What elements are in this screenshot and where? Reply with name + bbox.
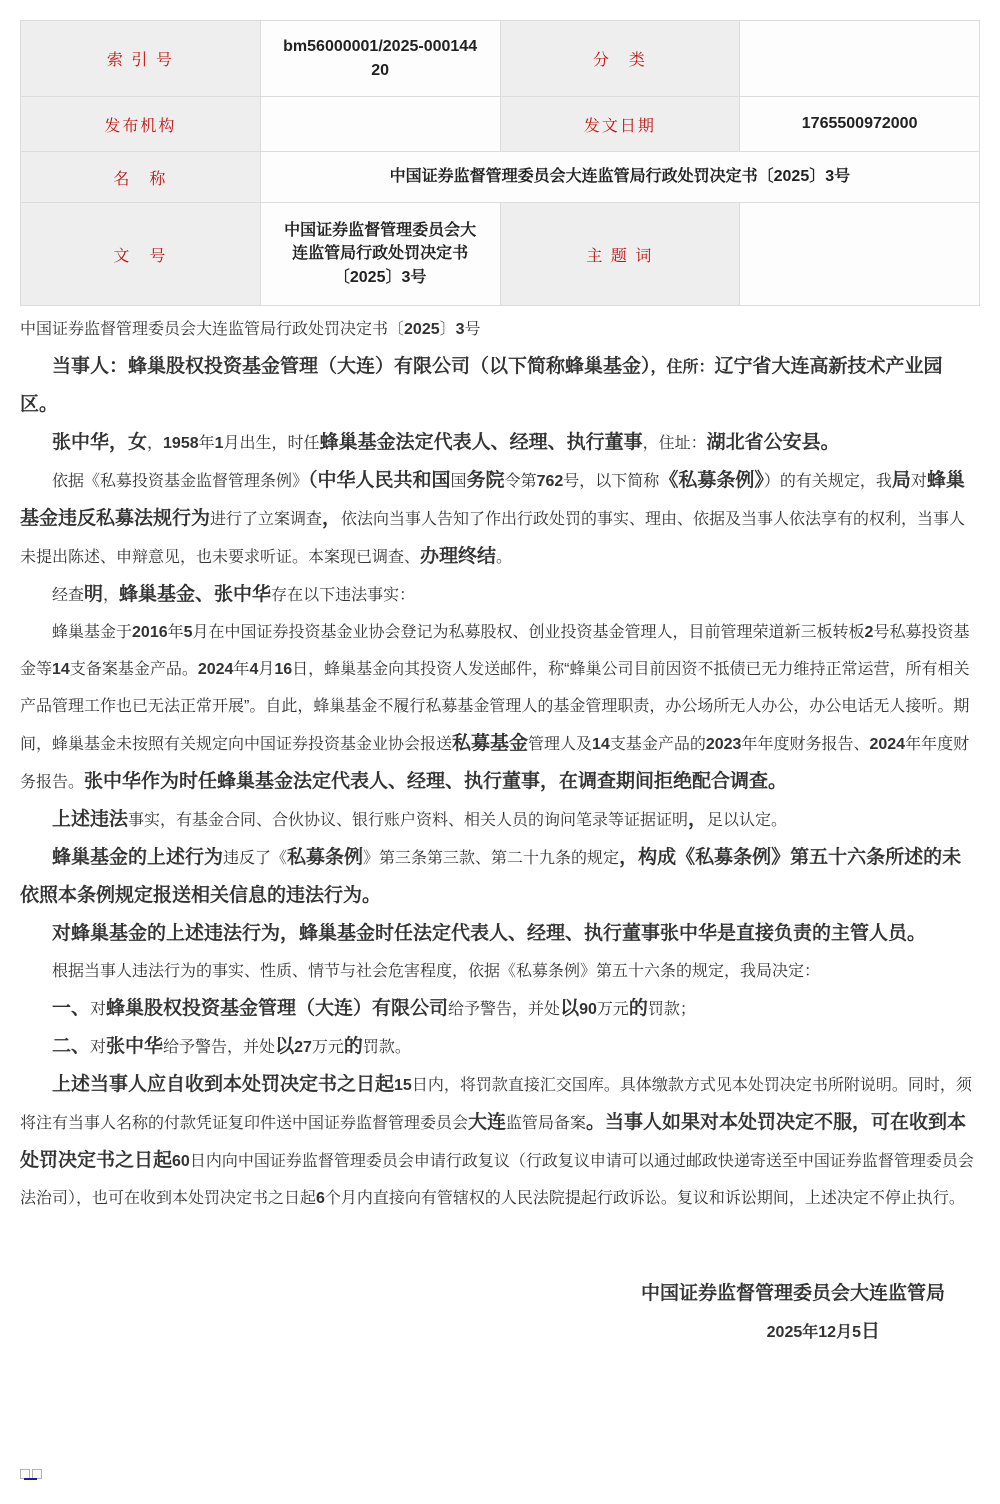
text-run: 湖北省公安县。 [707,432,840,453]
text-run: 蜂巢股权投资基金管理（大连）有限公司 [106,998,448,1019]
meta-row-name: 名 称 中国证券监督管理委员会大连监管局行政处罚决定书〔2025〕3号 [21,152,980,203]
meta-label-category: 分 类 [500,21,740,97]
text-run: 存在以下违法事实： [271,587,415,604]
text-run: 年 [802,1324,818,1341]
text-run: 14 [52,661,70,678]
meta-value-subject-words [740,203,980,306]
decision-item-1: 一、对蜂巢股权投资基金管理（大连）有限公司给予警告，并处以90万元的罚款； [20,990,980,1028]
text-run: 日 [861,1321,880,1342]
text-run: 2016 [132,624,168,641]
text-run: 6 [316,1190,325,1207]
text-run: ，住所： [651,359,715,376]
text-run: 号 [465,321,481,338]
text-run: 罚款； [648,1001,696,1018]
responsibility-paragraph: 对蜂巢基金的上述违法行为，蜂巢基金时任法定代表人、经理、执行董事张中华是直接负责… [20,915,980,953]
text-run: 大连 [468,1112,506,1133]
text-run: 2024 [198,661,234,678]
text-run: 年 [168,624,184,641]
text-run: 私募基金 [452,733,528,754]
text-run: 12 [818,1324,836,1341]
text-run: 足以认定。 [707,812,787,829]
text-run: 对 [911,473,927,490]
text-run: 二、 [52,1036,90,1057]
text-run: 1 [215,435,224,452]
text-run: 5 [852,1324,861,1341]
evidence-paragraph: 上述违法事实，有基金合同、合伙协议、银行账户资料、相关人员的询问笔录等证据证明，… [20,801,980,839]
text-run: 国 [451,473,467,490]
text-run: ， [688,809,707,830]
text-run: 万元 [597,1001,629,1018]
text-run: 对 [90,1001,106,1018]
text-run: ）的有关规定，我 [764,473,892,490]
text-run: 进行了立案调查 [210,511,322,528]
text-run: 对蜂巢基金的上述违法行为，蜂巢基金时任法定代表人、经理、执行董事张中华是直接负责… [52,923,926,944]
text-run: 的 [344,1036,363,1057]
text-run: 张中华，女 [52,432,147,453]
meta-row-index: 索 引 号 bm56000001/2025-00014420 分 类 [21,21,980,97]
text-run: 5 [184,624,193,641]
text-run: 务院 [467,470,505,491]
meta-value-name: 中国证券监督管理委员会大连监管局行政处罚决定书〔2025〕3号 [260,152,979,203]
text-run: ， [103,587,119,604]
meta-label-index-number: 索 引 号 [21,21,261,97]
text-run: 月在中国证券投资基金业协会登记为私募股权、创业投资基金管理人，目前管理荣道新三板… [193,624,865,641]
facts-paragraph: 蜂巢基金于2016年5月在中国证券投资基金业协会登记为私募股权、创业投资基金管理… [20,614,980,801]
text-run: 支备案基金产品。 [70,661,198,678]
text-run: 以 [275,1036,294,1057]
text-run: 万元 [312,1039,344,1056]
meta-value-category [740,21,980,97]
meta-value-publishing-agency [260,97,500,152]
text-run: 月 [258,661,274,678]
text-run: 上述违法 [52,809,128,830]
text-run: 个月内直接向有管辖权的人民法院提起行政诉讼。复议和诉讼期间，上述决定不停止执行。 [325,1190,965,1207]
text-run: 2025 [767,1324,803,1341]
text-run: 上述当事人应自收到本处罚决定书之日起 [52,1074,394,1095]
text-run: 事实，有基金合同、合伙协议、银行账户资料、相关人员的询问笔录等证据证明 [128,812,688,829]
findings-intro-paragraph: 经查明，蜂巢基金、张中华存在以下违法事实： [20,576,980,614]
text-run: 对 [90,1039,106,1056]
text-run: ，以下简称 [579,473,659,490]
text-run: 当事人：蜂巢股权投资基金管理（大连）有限公司（以下简称蜂巢基金） [52,356,651,377]
text-run: 15 [394,1077,412,1094]
text-run: 监管局备案 [506,1115,586,1132]
meta-row-agency-date: 发布机构 发文日期 1765500972000 [21,97,980,152]
text-run: 支基金产品的 [610,736,706,753]
link-underscore [24,1478,37,1480]
meta-table: 索 引 号 bm56000001/2025-00014420 分 类 发布机构 … [20,20,980,306]
text-run: 年年度财务报告、 [741,736,869,753]
text-run: 给予警告，并处 [448,1001,560,1018]
text-run: 依据《私募投资基金监督管理条例》 [52,473,308,490]
text-run: 16 [274,661,292,678]
text-run: 违反了《 [223,850,287,867]
payment-appeal-paragraph: 上述当事人应自收到本处罚决定书之日起15日内，将罚款直接汇交国库。具体缴款方式见… [20,1066,980,1217]
broken-image-placeholders [20,1469,50,1483]
text-run: ，住址： [643,435,707,452]
text-run: 762 [537,473,564,490]
text-run: 的 [629,998,648,1019]
violation-paragraph: 蜂巢基金的上述行为违反了《私募条例》第三条第三款、第二十九条的规定，构成《私募条… [20,839,980,915]
signature-org: 中国证券监督管理委员会大连监管局 [20,1275,980,1313]
text-run: 1958 [163,435,199,452]
text-run: 2024 [869,736,905,753]
text-run: 〕 [440,321,456,338]
text-run: 张中华 [106,1036,163,1057]
text-run: 2023 [706,736,742,753]
text-run: 蜂巢基金法定代表人、经理、执行董事 [320,432,643,453]
meta-label-subject-words: 主 题 词 [500,203,740,306]
meta-label-issue-date: 发文日期 [500,97,740,152]
doc-title-line: 中国证券监督管理委员会大连监管局行政处罚决定书〔2025〕3号 [20,311,980,348]
text-run: 号 [563,473,579,490]
basis-paragraph: 依据《私募投资基金监督管理条例》（中华人民共和国国务院令第762号，以下简称《私… [20,462,980,576]
text-run: 根据当事人违法行为的事实、性质、情节与社会危害程度，依据《私募条例》第五十六条的… [52,963,820,980]
text-run: 《私募条例》 [659,470,764,491]
text-run: 明 [84,584,103,605]
text-run: 月出生，时任 [224,435,320,452]
decision-item-2: 二、对张中华给予警告，并处以27万元的罚款。 [20,1028,980,1066]
meta-value-index-number: bm56000001/2025-00014420 [260,21,500,97]
text-run: 年 [233,661,249,678]
text-run: ， [147,435,163,452]
text-run: 罚款。 [363,1039,411,1056]
meta-value-doc-number: 中国证券监督管理委员会大连监管局行政处罚决定书〔2025〕3号 [260,203,500,306]
text-run: 局 [892,470,911,491]
text-run: 中国证券监督管理委员会大连监管局 [641,1283,945,1304]
text-run: 私募条例 [287,847,363,868]
text-run: 蜂巢基金于 [52,624,132,641]
text-run: 》第三条第三款、第二十九条的规定 [363,850,619,867]
document-body: 中国证券监督管理委员会大连监管局行政处罚决定书〔2025〕3号当事人：蜂巢股权投… [20,311,980,1351]
text-run: 。 [496,549,512,566]
meta-label-publishing-agency: 发布机构 [21,97,261,152]
text-run: 14 [592,736,610,753]
text-run: 4 [249,661,258,678]
text-run: ， [322,508,341,529]
text-run: 经查 [52,587,84,604]
text-run: 一、 [52,998,90,1019]
signature-date: 2025年12月5日 [20,1313,980,1351]
text-run: 蜂巢基金的上述行为 [52,847,223,868]
document-page: 索 引 号 bm56000001/2025-00014420 分 类 发布机构 … [0,0,1000,1504]
text-run: 令第 [505,473,537,490]
meta-row-doc-number: 文 号 中国证券监督管理委员会大连监管局行政处罚决定书〔2025〕3号 主 题 … [21,203,980,306]
text-run: 90 [579,1001,597,1018]
text-run: 中国证券监督管理委员会大连监管局行政处罚决定书〔 [20,321,404,338]
decision-intro-paragraph: 根据当事人违法行为的事实、性质、情节与社会危害程度，依据《私募条例》第五十六条的… [20,953,980,990]
text-run: 办理终结 [420,546,496,567]
meta-label-name: 名 称 [21,152,261,203]
text-run: 管理人及 [528,736,592,753]
party-paragraph: 当事人：蜂巢股权投资基金管理（大连）有限公司（以下简称蜂巢基金），住所：辽宁省大… [20,348,980,424]
text-run: 27 [294,1039,312,1056]
meta-label-doc-number: 文 号 [21,203,261,306]
text-run: 张中华作为时任蜂巢基金法定代表人、经理、执行董事，在调查期间拒绝配合调查。 [84,771,787,792]
text-run: 给予警告，并处 [163,1039,275,1056]
text-run: 蜂巢基金、张中华 [119,584,271,605]
text-run: 2025 [404,321,440,338]
text-run: 3 [456,321,465,338]
text-run: 月 [836,1324,852,1341]
meta-value-issue-date: 1765500972000 [740,97,980,152]
text-run: 年 [199,435,215,452]
text-run: （中华人民共和国 [308,470,451,491]
person-paragraph: 张中华，女，1958年1月出生，时任蜂巢基金法定代表人、经理、执行董事，住址：湖… [20,424,980,462]
text-run: 以 [560,998,579,1019]
text-run: 60 [172,1153,190,1170]
